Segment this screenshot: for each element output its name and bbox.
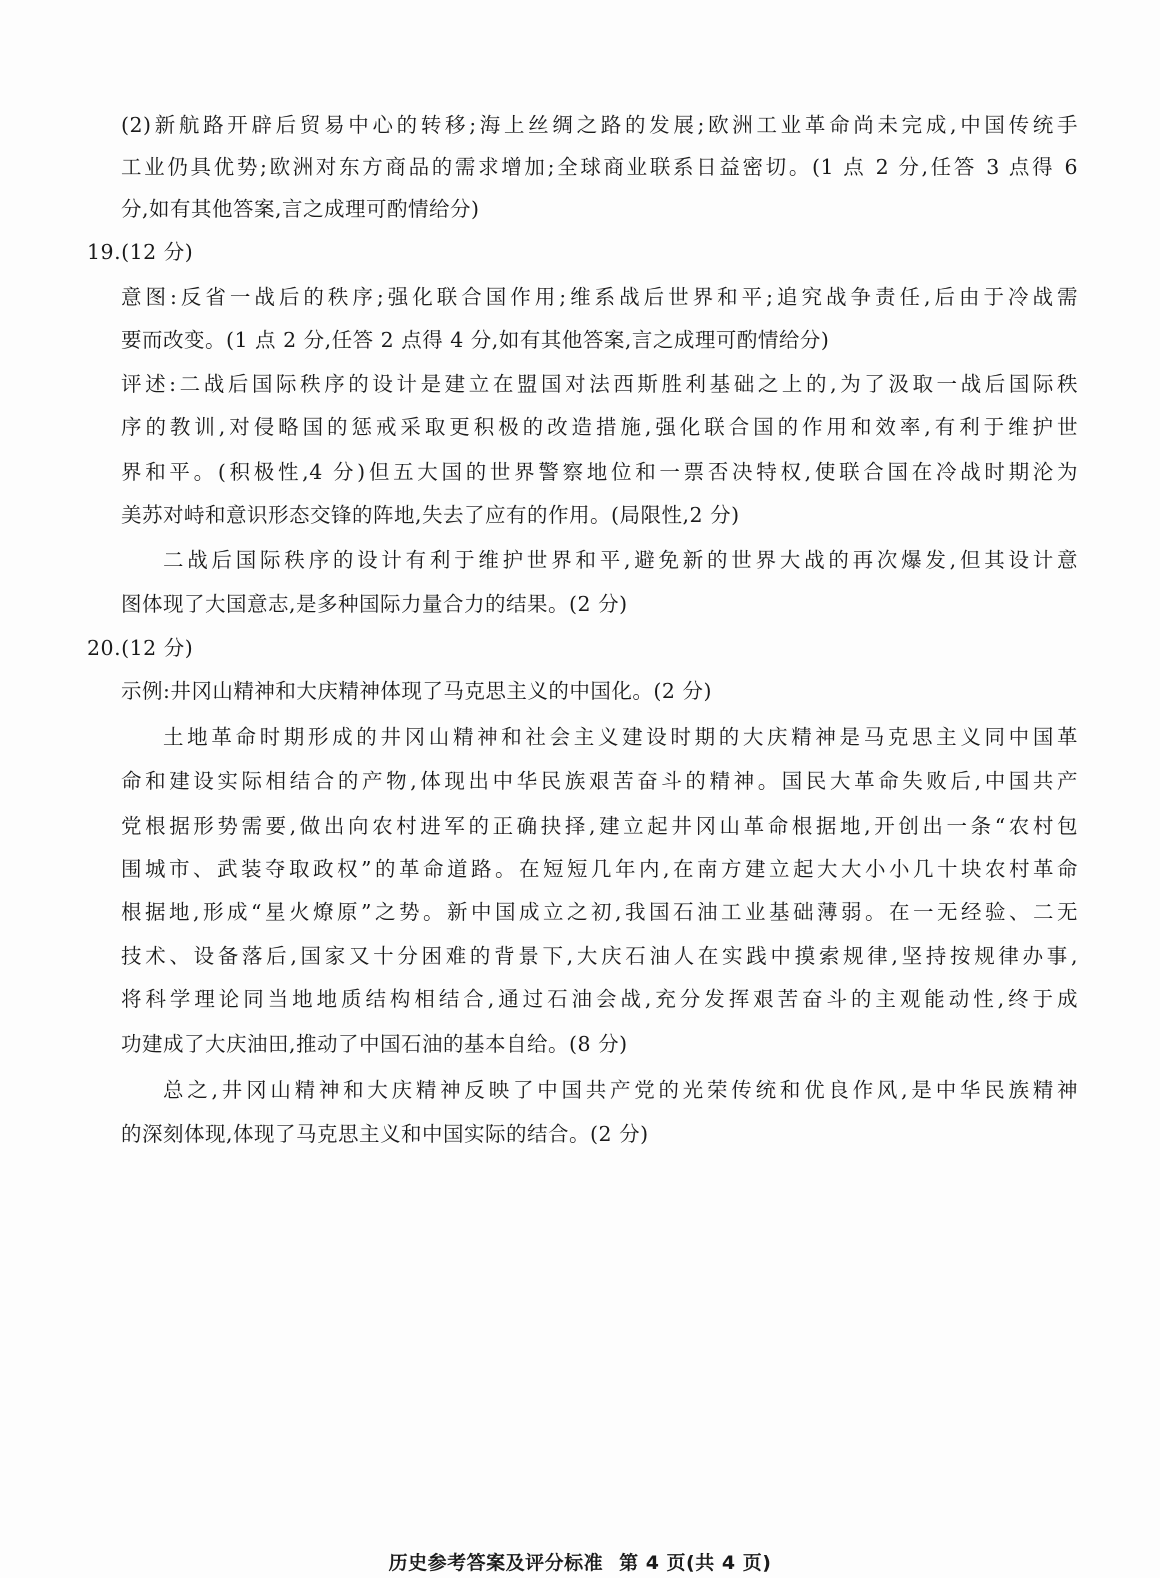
answer-18-2-line-1: (2)新航路开辟后贸易中心的转移;海上丝绸之路的发展;欧洲工业革命尚未完成,中国… bbox=[121, 110, 1078, 140]
question-20-body-line-7: 将科学理论同当地地质结构相结合,通过石油会战,充分发挥艰苦奋斗的主观能动性,终于… bbox=[121, 984, 1078, 1014]
question-19-comment-line-2: 序的教训,对侵略国的惩戒采取更积极的改造措施,强化联合国的作用和效率,有利于维护… bbox=[121, 412, 1078, 442]
page-footer: 历史参考答案及评分标准第 4 页(共 4 页) bbox=[0, 1548, 1160, 1578]
question-19-comment-line-1: 评述:二战后国际秩序的设计是建立在盟国对法西斯胜利基础之上的,为了汲取一战后国际… bbox=[121, 369, 1078, 399]
question-20-number: 20.(12 分) bbox=[87, 633, 287, 663]
question-19-comment-line-3: 界和平。(积极性,4 分)但五大国的世界警察地位和一票否决特权,使联合国在冷战时… bbox=[121, 457, 1078, 487]
question-19-intent-line-1: 意图:反省一战后的秩序;强化联合国作用;维系战后世界和平;追究战争责任,后由于冷… bbox=[121, 282, 1078, 312]
question-20-body-line-1: 土地革命时期形成的井冈山精神和社会主义建设时期的大庆精神是马克思主义同中国革 bbox=[163, 722, 1078, 752]
question-19-summary-line-1: 二战后国际秩序的设计有利于维护世界和平,避免新的世界大战的再次爆发,但其设计意 bbox=[163, 545, 1078, 575]
footer-page-number: 第 4 页(共 4 页) bbox=[619, 1552, 771, 1574]
question-20-body-line-2: 命和建设实际相结合的产物,体现出中华民族艰苦奋斗的精神。国民大革命失败后,中国共… bbox=[121, 766, 1078, 796]
question-19-summary-line-2: 图体现了大国意志,是多种国际力量合力的结果。(2 分) bbox=[121, 589, 1078, 619]
question-20-body-line-5: 根据地,形成“星火燎原”之势。新中国成立之初,我国石油工业基础薄弱。在一无经验、… bbox=[121, 897, 1078, 927]
question-20-body-line-8: 功建成了大庆油田,推动了中国石油的基本自给。(8 分) bbox=[121, 1029, 1078, 1059]
question-20-conclusion-line-2: 的深刻体现,体现了马克思主义和中国实际的结合。(2 分) bbox=[121, 1119, 1078, 1149]
question-20-body-line-3: 党根据形势需要,做出向农村进军的正确抉择,建立起井冈山革命根据地,开创出一条“农… bbox=[121, 811, 1078, 841]
document-page: (2)新航路开辟后贸易中心的转移;海上丝绸之路的发展;欧洲工业革命尚未完成,中国… bbox=[0, 0, 1160, 1578]
answer-18-2-line-3: 分,如有其他答案,言之成理可酌情给分) bbox=[121, 194, 1078, 224]
question-19-comment-line-4: 美苏对峙和意识形态交锋的阵地,失去了应有的作用。(局限性,2 分) bbox=[121, 500, 1078, 530]
question-20-body-line-6: 技术、设备落后,国家又十分困难的背景下,大庆石油人在实践中摸索规律,坚持按规律办… bbox=[121, 941, 1078, 971]
answer-18-2-line-2: 工业仍具优势;欧洲对东方商品的需求增加;全球商业联系日益密切。(1 点 2 分,… bbox=[121, 152, 1078, 182]
question-19-number: 19.(12 分) bbox=[87, 237, 287, 267]
question-20-example: 示例:井冈山精神和大庆精神体现了马克思主义的中国化。(2 分) bbox=[121, 676, 1078, 706]
question-19-intent-line-2: 要而改变。(1 点 2 分,任答 2 点得 4 分,如有其他答案,言之成理可酌情… bbox=[121, 325, 1078, 355]
question-20-conclusion-line-1: 总之,井冈山精神和大庆精神反映了中国共产党的光荣传统和优良作风,是中华民族精神 bbox=[163, 1075, 1078, 1105]
question-20-body-line-4: 围城市、武装夺取政权”的革命道路。在短短几年内,在南方建立起大大小小几十块农村革… bbox=[121, 854, 1078, 884]
footer-title: 历史参考答案及评分标准 bbox=[389, 1552, 604, 1574]
